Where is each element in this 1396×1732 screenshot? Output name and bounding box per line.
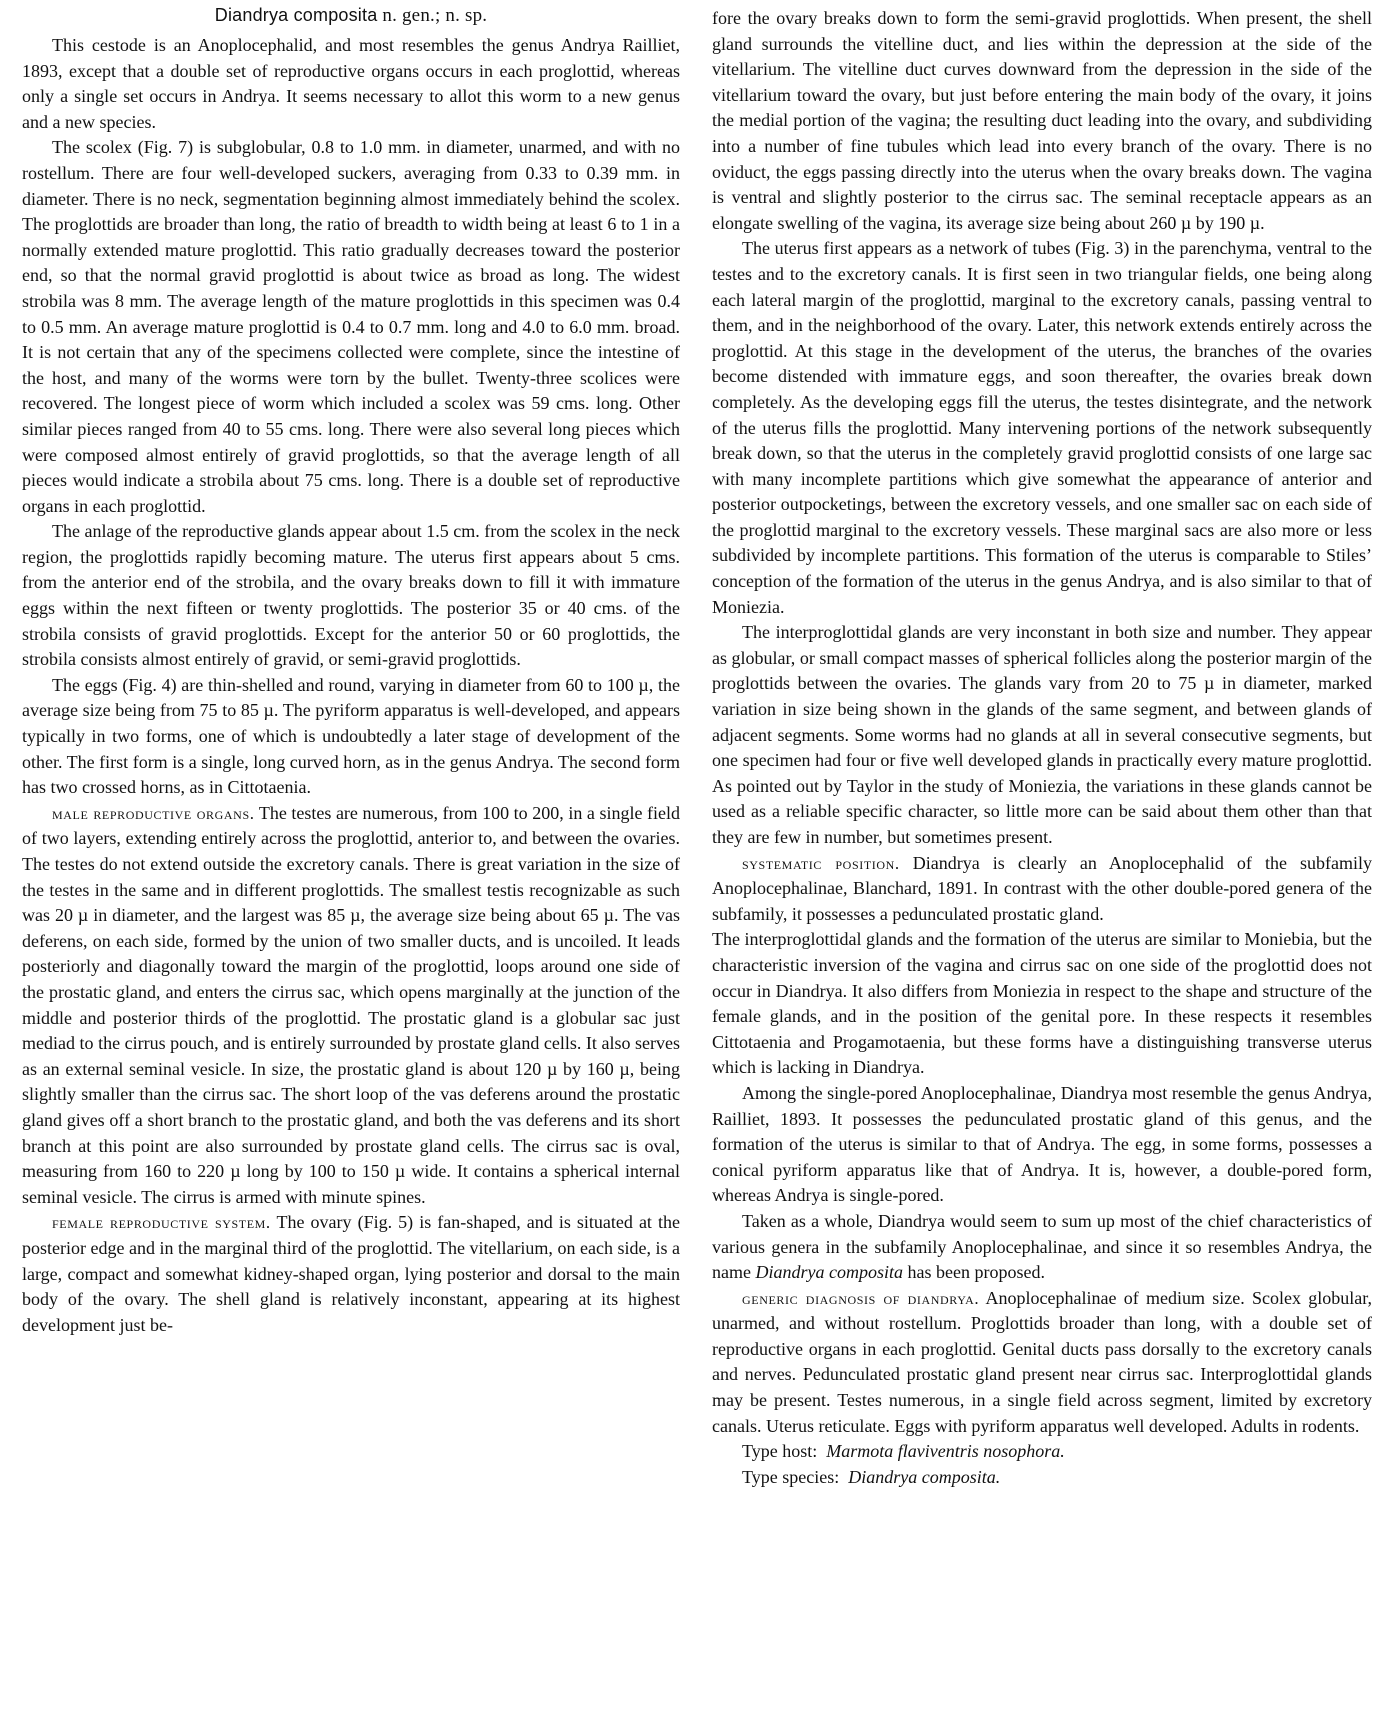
male-organs-paragraph: Male reproductive organs. The testes are… (22, 801, 680, 1211)
species-name-italic: Diandrya composita (755, 1262, 903, 1282)
right-column: fore the ovary breaks down to form the s… (712, 6, 1372, 1490)
generic-diagnosis-text: Anoplocephalinae of medium size. Scolex … (712, 1288, 1372, 1436)
male-organs-text: The testes are numerous, from 100 to 200… (22, 803, 680, 1207)
taxon-suffix: n. gen.; n. sp. (377, 5, 487, 26)
generic-diagnosis-paragraph: Generic diagnosis of Diandrya. Anoplocep… (712, 1286, 1372, 1440)
type-host-label: Type host: (742, 1441, 817, 1461)
anlage-paragraph: The anlage of the reproductive glands ap… (22, 519, 680, 673)
scolex-paragraph: The scolex (Fig. 7) is subglobular, 0.8 … (22, 135, 680, 519)
section-heading-diagnosis: Generic diagnosis of Diandrya. (742, 1289, 979, 1308)
intro-paragraph: This cestode is an Anoplocephalid, and m… (22, 33, 680, 135)
type-species-line: Type species: Diandrya composita. (712, 1465, 1372, 1491)
single-pored-paragraph: Among the single-pored Anoplocephalinae,… (712, 1081, 1372, 1209)
type-host-line: Type host: Marmota flaviventris nosophor… (712, 1439, 1372, 1465)
section-heading-male: Male reproductive organs. (52, 804, 255, 823)
type-host-value: Marmota flaviventris nosophora. (826, 1441, 1065, 1461)
summary-text-b: has been proposed. (903, 1262, 1045, 1282)
section-heading-female: Female reproductive system. (52, 1213, 271, 1232)
comparison-paragraph: The interproglottidal glands and the for… (712, 927, 1372, 1081)
left-column: Diandrya composita n. gen.; n. sp. This … (22, 2, 680, 1338)
type-species-label: Type species: (742, 1467, 839, 1487)
species-name: Diandrya composita (215, 5, 378, 25)
shell-gland-paragraph: fore the ovary breaks down to form the s… (712, 6, 1372, 236)
section-heading-systematic: Systematic position. (742, 854, 900, 873)
type-species-value: Diandrya composita. (848, 1467, 1000, 1487)
systematic-position-paragraph: Systematic position. Diandrya is clearly… (712, 851, 1372, 928)
uterus-paragraph: The uterus first appears as a network of… (712, 236, 1372, 620)
summary-paragraph: Taken as a whole, Diandrya would seem to… (712, 1209, 1372, 1286)
article-title: Diandrya composita n. gen.; n. sp. (22, 2, 680, 29)
interproglottidal-paragraph: The interproglottidal glands are very in… (712, 620, 1372, 850)
female-system-paragraph: Female reproductive system. The ovary (F… (22, 1210, 680, 1338)
eggs-paragraph: The eggs (Fig. 4) are thin-shelled and r… (22, 673, 680, 801)
